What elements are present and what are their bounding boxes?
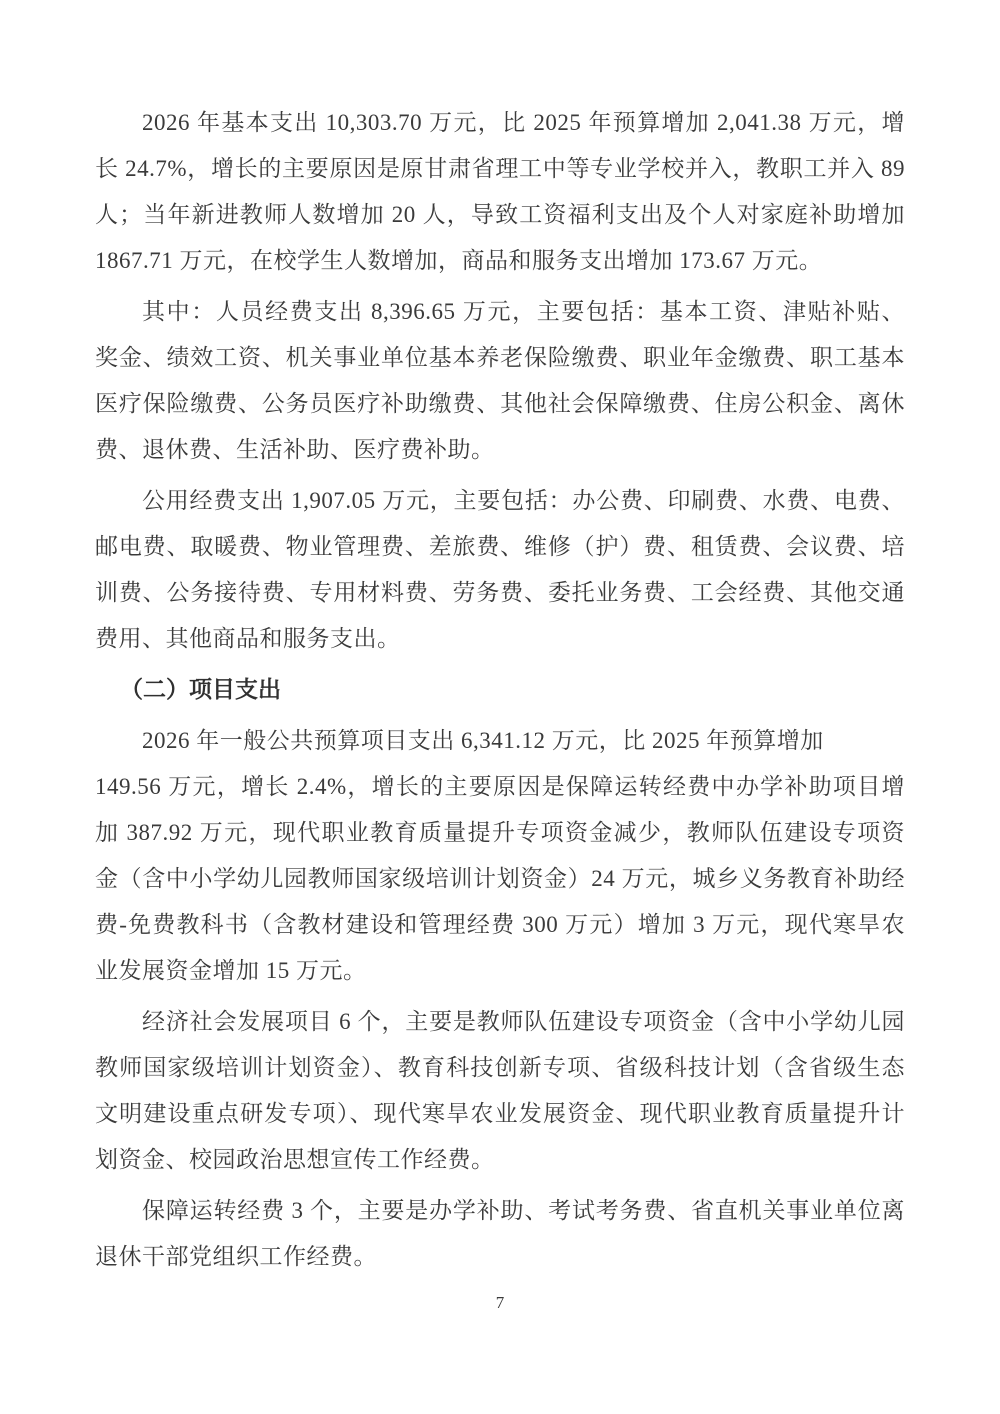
text-line: 1867.71 万元，在校学生人数增加，商品和服务支出增加 173.67 万元。: [95, 238, 905, 284]
text-line: 业发展资金增加 15 万元。: [95, 948, 905, 994]
text-line: 邮电费、取暖费、物业管理费、差旅费、维修（护）费、租赁费、会议费、培: [95, 524, 905, 570]
document-body: 2026 年基本支出 10,303.70 万元，比 2025 年预算增加 2,0…: [95, 100, 905, 1280]
text-line: 保障运转经费 3 个，主要是办学补助、考试考务费、省直机关事业单位离: [95, 1188, 905, 1234]
paragraph: 经济社会发展项目 6 个，主要是教师队伍建设专项资金（含中小学幼儿园教师国家级培…: [95, 999, 905, 1183]
text-line: 奖金、绩效工资、机关事业单位基本养老保险缴费、职业年金缴费、职工基本: [95, 335, 905, 381]
paragraph: 其中：人员经费支出 8,396.65 万元，主要包括：基本工资、津贴补贴、奖金、…: [95, 289, 905, 473]
text-line: 2026 年一般公共预算项目支出 6,341.12 万元，比 2025 年预算增…: [95, 718, 905, 764]
paragraph: 2026 年基本支出 10,303.70 万元，比 2025 年预算增加 2,0…: [95, 100, 905, 284]
text-line: 教师国家级培训计划资金）、教育科技创新专项、省级科技计划（含省级生态: [95, 1045, 905, 1091]
page-number: 7: [496, 1293, 505, 1312]
text-line: 其中：人员经费支出 8,396.65 万元，主要包括：基本工资、津贴补贴、: [95, 289, 905, 335]
page-footer: 7: [0, 1291, 1000, 1315]
text-line: 划资金、校园政治思想宣传工作经费。: [95, 1137, 905, 1183]
text-line: 长 24.7%，增长的主要原因是原甘肃省理工中等专业学校并入，教职工并入 89: [95, 146, 905, 192]
text-line: 训费、公务接待费、专用材料费、劳务费、委托业务费、工会经费、其他交通: [95, 570, 905, 616]
text-line: 149.56 万元，增长 2.4%，增长的主要原因是保障运转经费中办学补助项目增: [95, 764, 905, 810]
text-line: 公用经费支出 1,907.05 万元，主要包括：办公费、印刷费、水费、电费、: [95, 478, 905, 524]
text-line: 经济社会发展项目 6 个，主要是教师队伍建设专项资金（含中小学幼儿园: [95, 999, 905, 1045]
text-line: 费用、其他商品和服务支出。: [95, 616, 905, 662]
section-heading: （二）项目支出: [95, 667, 905, 713]
paragraph: 公用经费支出 1,907.05 万元，主要包括：办公费、印刷费、水费、电费、邮电…: [95, 478, 905, 662]
text-line: 费-免费教科书（含教材建设和管理经费 300 万元）增加 3 万元，现代寒旱农: [95, 902, 905, 948]
text-line: 费、退休费、生活补助、医疗费补助。: [95, 427, 905, 473]
text-line: 金（含中小学幼儿园教师国家级培训计划资金）24 万元，城乡义务教育补助经: [95, 856, 905, 902]
text-line: 文明建设重点研发专项）、现代寒旱农业发展资金、现代职业教育质量提升计: [95, 1091, 905, 1137]
text-line: 加 387.92 万元，现代职业教育质量提升专项资金减少，教师队伍建设专项资: [95, 810, 905, 856]
text-line: 医疗保险缴费、公务员医疗补助缴费、其他社会保障缴费、住房公积金、离休: [95, 381, 905, 427]
paragraph: 2026 年一般公共预算项目支出 6,341.12 万元，比 2025 年预算增…: [95, 718, 905, 994]
text-line: 人；当年新进教师人数增加 20 人，导致工资福利支出及个人对家庭补助增加: [95, 192, 905, 238]
text-line: 2026 年基本支出 10,303.70 万元，比 2025 年预算增加 2,0…: [95, 100, 905, 146]
text-line: 退休干部党组织工作经费。: [95, 1234, 905, 1280]
paragraph: 保障运转经费 3 个，主要是办学补助、考试考务费、省直机关事业单位离退休干部党组…: [95, 1188, 905, 1280]
document-page: 2026 年基本支出 10,303.70 万元，比 2025 年预算增加 2,0…: [0, 0, 1000, 1414]
